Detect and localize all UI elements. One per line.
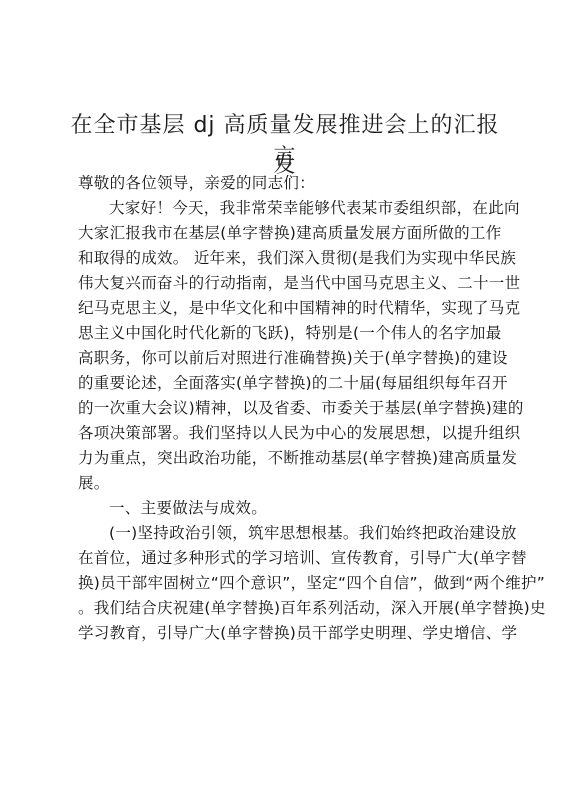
paragraph-line: 思主义中国化时代化新的飞跃)，特别是(一个伟人的名字加最 [78,321,498,346]
paragraph-line: 在首位，通过多种形式的学习培训、宣传教育，引导广大(单字替 [78,546,498,571]
paragraph-line: 力为重点，突出政治功能，不断推动基层(单字替换)建高质量发 [78,446,498,471]
paragraph-line: 伟大复兴而奋斗的行动指南，是当代中国马克思主义、二十一世 [78,271,498,296]
paragraph-line: 。我们结合庆祝建(单字替换)百年系列活动，深入开展(单字替换)史 [78,596,498,621]
paragraph-line: 展。 [78,471,498,496]
document-page: 在全市基层 dj 高质量发展推进会上的汇报发 言 尊敬的各位领导，亲爱的同志们：… [0,0,570,807]
paragraph-line: 高职务，你可以前后对照进行准确替换)关于(单字替换)的建设 [78,346,498,371]
paragraph-line: 和取得的成效。 近年来，我们深入贯彻(是我们为实现中华民族 [78,246,498,271]
paragraph-line: 学习教育，引导广大(单字替换)员干部学史明理、学史增信、学 [78,621,498,646]
subsection-heading-line: (一)坚持政治引领，筑牢思想根基。我们始终把政治建设放 [78,521,498,546]
paragraph-line: 各项决策部署。我们坚持以人民为中心的发展思想，以提升组织 [78,421,498,446]
paragraph-line: 大家汇报我市在基层(单字替换)建高质量发展方面所做的工作 [78,221,498,246]
paragraph-line: 大家好！今天，我非常荣幸能够代表某市委组织部，在此向 [78,196,498,221]
paragraph-line: 换)员干部牢固树立“四个意识”，坚定“四个自信”，做到“两个维护” [78,571,498,596]
section-heading: 一、主要做法与成效。 [78,496,498,521]
paragraph-line: 纪马克思主义，是中华文化和中国精神的时代精华，实现了马克 [78,296,498,321]
paragraph-line: 的重要论述，全面落实(单字替换)的二十届(每届组织每年召开 [78,371,498,396]
document-body: 尊敬的各位领导，亲爱的同志们： 大家好！今天，我非常荣幸能够代表某市委组织部，在… [78,171,498,646]
paragraph-line: 的一次重大会议)精神，以及省委、市委关于基层(单字替换)建的 [78,396,498,421]
salutation: 尊敬的各位领导，亲爱的同志们： [78,171,498,196]
